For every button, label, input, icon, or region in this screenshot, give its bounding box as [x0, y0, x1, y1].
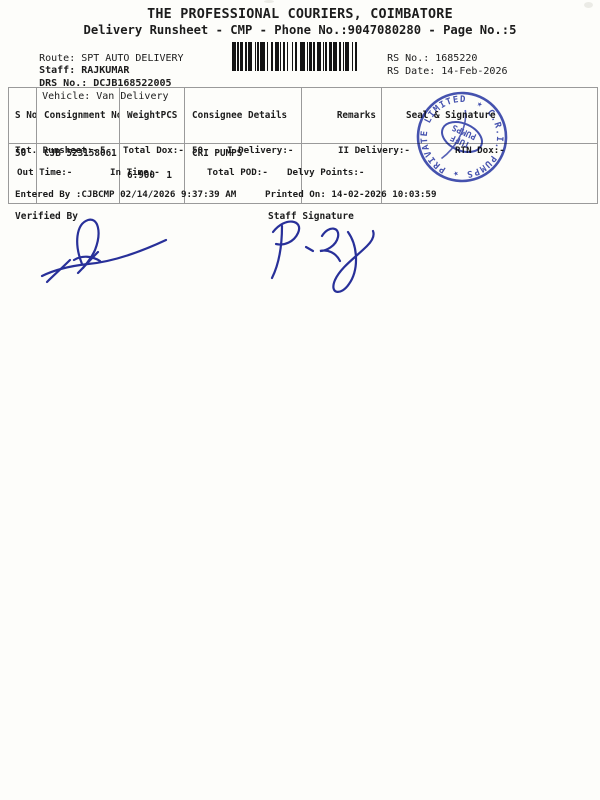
col-header-weight: Weight [127, 110, 161, 121]
tot-runsheet-value: 5 [100, 145, 106, 156]
total-pod-label: Total POD:- [207, 167, 268, 178]
col-header-s-no: S No [9, 88, 37, 144]
document-page: THE PROFESSIONAL COURIERS, COIMBATORE De… [0, 0, 600, 800]
rs-date-line: RS Date:14-Feb-2026 [363, 54, 508, 90]
document-title: THE PROFESSIONAL COURIERS, COIMBATORE [0, 7, 600, 22]
out-time-label: Out Time:- [17, 167, 72, 178]
scan-artifact [584, 2, 593, 8]
i-delivery-label: I Delivery:- [227, 145, 293, 156]
scan-artifact [264, 0, 274, 3]
total-dox-value: 50 [192, 145, 203, 156]
rs-date-value: 14-Feb-2026 [441, 66, 507, 77]
total-dox-label: Total Dox:- [123, 145, 184, 156]
verified-by-signature [18, 212, 176, 284]
col-header-consignment-no: Consignment No [37, 88, 120, 144]
delvy-points-label: Delvy Points:- [287, 167, 364, 178]
company-stamp: ★ C.R.I. PUMPS ★ PRIVATE LIMITED TUFF PU… [414, 89, 510, 185]
entered-by-text: Entered By :CJBCMP 02/14/2026 9:37:39 AM [15, 189, 236, 200]
tot-runsheet-label: Tot. Runsheet:- [15, 145, 98, 156]
in-time-label: In Time:- [110, 167, 160, 178]
col-header-consignee: Consignee Details [185, 88, 302, 144]
col-header-remarks: Remarks [302, 88, 382, 144]
cell-pcs: 1 [166, 170, 172, 181]
document-subtitle: Delivery Runsheet - CMP - Phone No.:9047… [0, 23, 600, 37]
col-header-pcs: PCS [161, 110, 178, 121]
rs-date-label: RS Date: [387, 66, 435, 77]
barcode [232, 42, 359, 71]
col-header-weight-pcs: WeightPCS [120, 88, 185, 144]
ii-delivery-label: II Delivery:- [338, 145, 410, 156]
printed-on-text: Printed On: 14-02-2026 10:03:59 [265, 189, 436, 200]
staff-signature [256, 214, 394, 300]
